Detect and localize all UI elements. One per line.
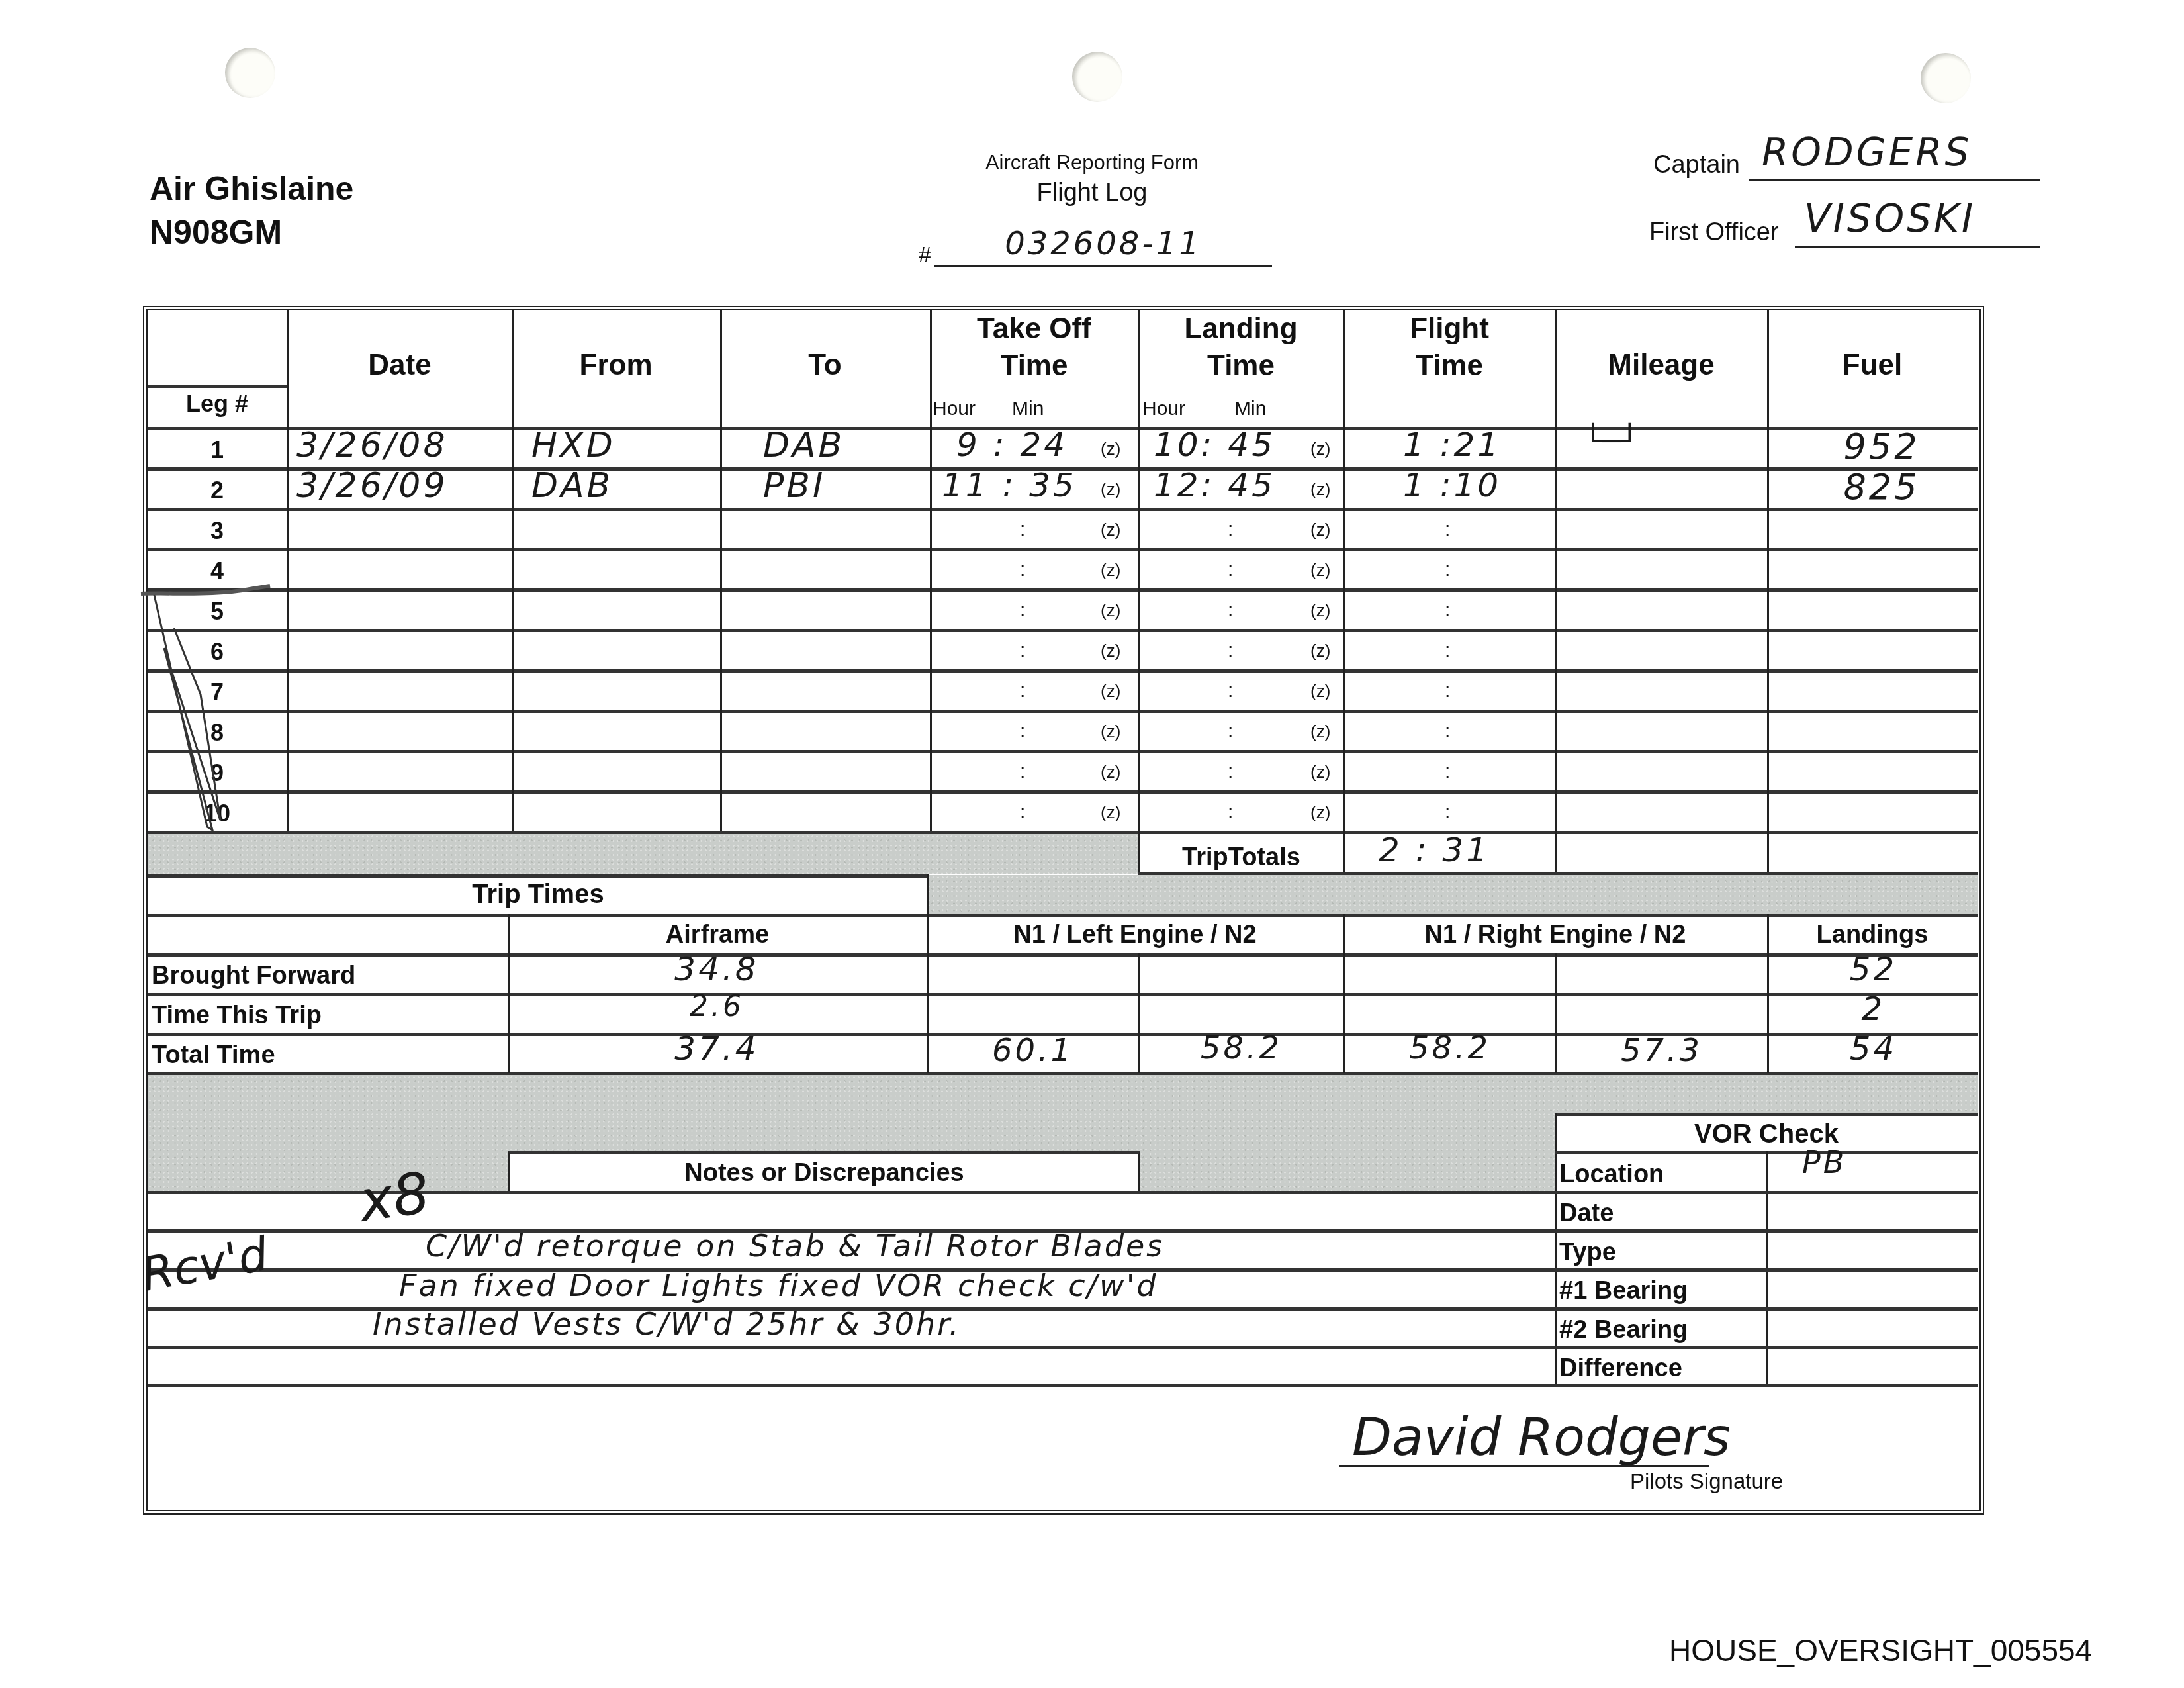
divider [148,914,1978,917]
bates-number: HOUSE_OVERSIGHT_005554 [1669,1632,2092,1668]
header-landing-hour: Hour [1142,398,1185,420]
date-field[interactable]: 3/26/08 [296,426,508,465]
time-colon: : [1020,680,1025,702]
row-label: Time This Trip [152,1002,322,1030]
header-landing-min: Min [1234,398,1266,420]
divider [148,1346,1978,1349]
leg-row-7: 7 : (z) : (z) : [148,672,1978,710]
airframe-field[interactable]: 34.8 [518,950,915,988]
hole-punch-right [1921,53,1971,103]
from-field[interactable]: DAB [531,466,717,506]
hole-punch-left [225,48,275,98]
date-field[interactable]: 3/26/09 [296,466,508,506]
leg-row-9: 9 : (z) : (z) : [148,753,1978,791]
log-number-label: # [919,242,931,268]
to-field[interactable]: PBI [763,466,929,506]
time-colon: : [1445,559,1450,581]
col-right-engine: N1 / Right Engine / N2 [1343,921,1767,949]
time-colon: : [1228,801,1233,823]
zulu-marker: (z) [1101,439,1120,459]
tail-number: N908GM [150,211,282,254]
fuel-field[interactable]: 825 [1809,466,1954,508]
leg-row-8: 8 : (z) : (z) : [148,712,1978,751]
vor-label-location: Location [1559,1160,1664,1189]
header-to: To [720,347,930,384]
header-takeoff-line1: Take Off [930,310,1138,348]
zulu-marker: (z) [1101,762,1120,782]
time-colon: : [1228,720,1233,743]
row-label: Total Time [152,1041,275,1070]
divider [927,874,929,914]
captain-field[interactable]: RODGERS [1749,126,2040,181]
header-from: From [512,347,720,384]
shaded-band [927,875,1978,915]
landing-time-field[interactable]: 10: 45 [1154,426,1306,464]
trip-totals-label: TripTotals [1140,839,1342,876]
zulu-marker: (z) [1310,600,1330,621]
hole-punch-center [1072,52,1122,102]
time-colon: : [1020,639,1025,662]
time-colon: : [1228,680,1233,702]
zulu-marker: (z) [1310,479,1330,500]
zulu-marker: (z) [1101,722,1120,742]
leg-row-6: 6 : (z) : (z) : [148,632,1978,670]
vor-label-difference: Difference [1559,1354,1682,1383]
fuel-field[interactable]: 952 [1809,426,1954,467]
log-number-field[interactable]: 032608-11 [934,225,1272,267]
time-colon: : [1020,518,1025,541]
operator-name: Air Ghislaine [150,167,353,211]
time-colon: : [1445,680,1450,702]
leg-row-4: 4 : (z) : (z) : [148,551,1978,589]
margin-annotation-x8: x8 [355,1160,434,1235]
zulu-marker: (z) [1101,681,1120,702]
header-mileage: Mileage [1555,347,1767,384]
left-n2-field[interactable]: 58.2 [1140,1029,1342,1066]
time-colon: : [1020,559,1025,581]
margin-annotation-received: Rcv'd [137,1227,272,1302]
first-officer-field[interactable]: VISOSKI [1795,192,2040,248]
time-colon: : [1445,801,1450,823]
divider [1766,1151,1768,1384]
leg-number: 1 [148,436,287,464]
header-flight-line2: Time [1343,348,1555,385]
time-colon: : [1228,639,1233,662]
zulu-marker: (z) [1101,560,1120,581]
zulu-marker: (z) [1310,641,1330,661]
col-airframe: Airframe [508,921,927,949]
header-date: Date [288,347,512,384]
header-takeoff-line2: Time [930,348,1138,385]
time-colon: : [1445,761,1450,783]
zulu-marker: (z) [1101,641,1120,661]
form-type: Aircraft Reporting Form [940,151,1244,175]
header-takeoff: Take Off Time [930,310,1138,385]
trip-times-row-brought-forward: Brought Forward 34.8 52 [148,955,1978,994]
zulu-marker: (z) [1101,520,1120,540]
time-colon: : [1020,761,1025,783]
landings-field[interactable]: 2 [1769,990,1978,1028]
takeoff-time-field[interactable]: 9 : 24 [956,426,1102,464]
vor-label-bearing-1: #1 Bearing [1559,1277,1688,1305]
notes-line-3[interactable]: Fan fixed Door Lights fixed VOR check c/… [399,1268,1551,1303]
vor-label-type: Type [1559,1239,1616,1267]
header-flight: Flight Time [1343,310,1555,385]
flight-log-form: Leg # Date From To Take Off Time Hour Mi… [143,306,1984,1515]
notes-title: Notes or Discrepancies [508,1159,1140,1188]
leg-row-2: 2 3/26/09 DAB PBI 11 : 35 (z) 12: 45 (z)… [148,470,1978,508]
zulu-marker: (z) [1310,802,1330,823]
trip-times-row-this-trip: Time This Trip 2.6 2 [148,995,1978,1033]
zulu-marker: (z) [1310,722,1330,742]
mileage-field[interactable]: └─┘ [1584,423,1743,459]
landings-field[interactable]: 54 [1769,1029,1978,1068]
vor-label-date: Date [1559,1199,1614,1228]
leg-row-3: 3 : (z) : (z) : [148,510,1978,549]
right-n1-field[interactable]: 58.2 [1345,1029,1554,1066]
airframe-field[interactable]: 2.6 [518,990,915,1023]
leg-number: 2 [148,477,287,504]
header-takeoff-min: Min [1012,398,1044,420]
header-flight-line1: Flight [1343,310,1555,348]
zulu-marker: (z) [1101,479,1120,500]
time-colon: : [1228,599,1233,622]
pilot-signature: David Rodgers [1352,1408,1731,1468]
strike-scribble-icon [134,562,306,840]
zulu-marker: (z) [1310,762,1330,782]
leg-row-1: 1 3/26/08 HXD DAB 9 : 24 (z) 10: 45 (z) … [148,430,1978,468]
time-colon: : [1445,720,1450,743]
header-fuel: Fuel [1767,347,1978,384]
left-n1-field[interactable]: 60.1 [929,1032,1137,1069]
to-field[interactable]: DAB [763,426,929,465]
trip-totals-flight-time[interactable]: 2 : 31 [1379,831,1551,869]
landing-time-field[interactable]: 12: 45 [1154,466,1306,504]
time-colon: : [1228,559,1233,581]
signature-line [1339,1465,1709,1467]
trip-times-title: Trip Times [148,880,929,910]
captain-label: Captain [1653,151,1740,179]
shaded-band [148,834,1138,874]
time-colon: : [1228,761,1233,783]
time-colon: : [1445,599,1450,622]
divider [148,385,288,388]
divider [1555,1113,1978,1116]
leg-number: 3 [148,517,287,545]
shaded-band [148,1075,1978,1115]
header-leg: Leg # [148,390,287,418]
first-officer-label: First Officer [1649,218,1779,247]
time-colon: : [1020,720,1025,743]
notes-line-2[interactable]: C/W'd retorque on Stab & Tail Rotor Blad… [426,1228,1551,1264]
flight-time-field[interactable]: 1 :21 [1403,426,1549,464]
header-takeoff-hour: Hour [933,398,976,420]
col-landings: Landings [1767,921,1978,949]
header-landing-line1: Landing [1138,310,1343,348]
airframe-field[interactable]: 37.4 [518,1029,915,1068]
notes-line-4[interactable]: Installed Vests C/W'd 25hr & 30hr. [373,1306,1551,1342]
trip-times-row-total: Total Time 37.4 60.1 58.2 58.2 57.3 54 [148,1035,1978,1073]
form-title: Flight Log [940,179,1244,207]
time-colon: : [1445,518,1450,541]
takeoff-time-field[interactable]: 11 : 35 [942,466,1101,504]
zulu-marker: (z) [1101,600,1120,621]
zulu-marker: (z) [1310,439,1330,459]
from-field[interactable]: HXD [531,426,717,465]
flight-time-field[interactable]: 1 :10 [1403,466,1549,504]
row-label: Brought Forward [152,962,355,990]
header-landing-line2: Time [1138,348,1343,385]
leg-row-10: 10 : (z) : (z) : [148,793,1978,831]
header-landing: Landing Time [1138,310,1343,385]
vor-label-bearing-2: #2 Bearing [1559,1316,1688,1344]
zulu-marker: (z) [1101,802,1120,823]
right-n2-field[interactable]: 57.3 [1557,1032,1766,1069]
col-left-engine: N1 / Left Engine / N2 [927,921,1343,949]
divider [148,1384,1978,1387]
zulu-marker: (z) [1310,681,1330,702]
time-colon: : [1228,518,1233,541]
signature-label: Pilots Signature [1630,1469,1783,1494]
divider [148,874,929,878]
time-colon: : [1020,599,1025,622]
leg-row-5: 5 : (z) : (z) : [148,591,1978,630]
time-colon: : [1020,801,1025,823]
zulu-marker: (z) [1310,520,1330,540]
time-colon: : [1445,639,1450,662]
signature-area[interactable]: David Rodgers Pilots Signature [1339,1396,1954,1489]
landings-field[interactable]: 52 [1769,950,1978,988]
vor-location-field[interactable]: PB [1802,1145,1961,1180]
zulu-marker: (z) [1310,560,1330,581]
